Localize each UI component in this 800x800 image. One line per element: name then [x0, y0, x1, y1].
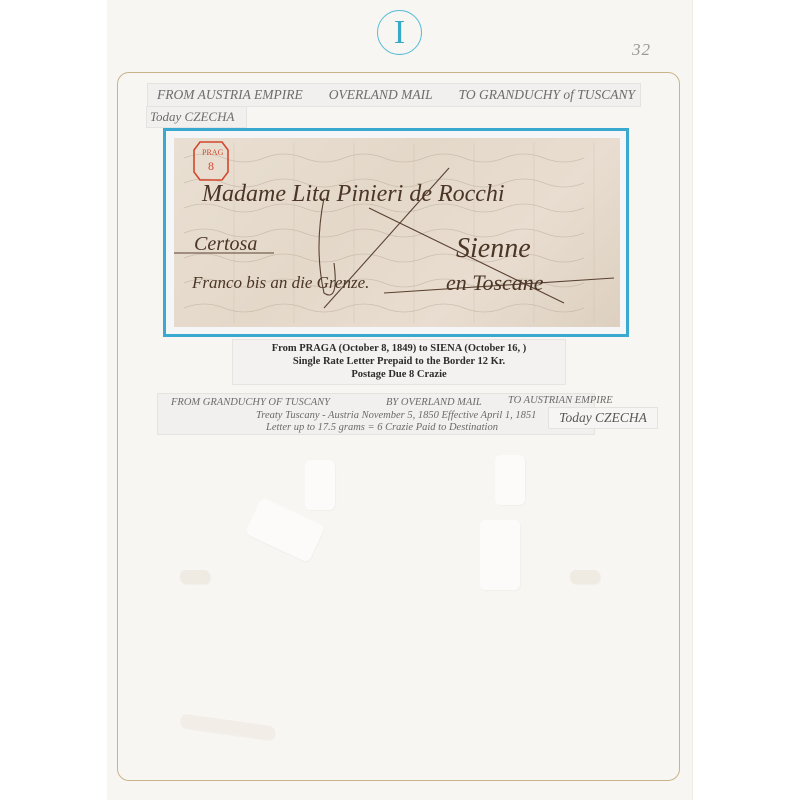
route-to: TO GRANDUCHY of TUSCANY: [459, 87, 635, 103]
treaty-label: FROM GRANDUCHY OF TUSCANY BY OVERLAND MA…: [158, 394, 594, 434]
hinge-mark: [180, 570, 210, 584]
route-from: FROM AUSTRIA EMPIRE: [157, 87, 303, 103]
page-number: 32: [632, 40, 651, 60]
caption-line-due: Postage Due 8 Crazie: [233, 368, 565, 381]
hinge-mark: [570, 570, 600, 584]
route-header-label: FROM AUSTRIA EMPIRE OVERLAND MAIL TO GRA…: [148, 84, 640, 106]
svg-text:PRAG: PRAG: [202, 148, 224, 157]
emboss-mark: [305, 460, 335, 510]
treaty-from: FROM GRANDUCHY OF TUSCANY: [171, 397, 330, 408]
emboss-mark: [480, 520, 520, 590]
address-franco-note: Franco bis an die Grenze.: [192, 273, 369, 293]
today-country-label-bottom: Today CZECHA: [549, 408, 657, 428]
treaty-text: Treaty Tuscany - Austria November 5, 185…: [256, 410, 536, 421]
treaty-to: TO AUSTRIAN EMPIRE: [508, 395, 613, 406]
cover-letter-image: PRAG 8 Madame Lita Pinieri de Rocchi Cer…: [174, 138, 620, 327]
emblem-letter: I: [394, 16, 405, 50]
caption-line-route: From PRAGA (October 8, 1849) to SIENA (O…: [233, 342, 565, 355]
caption-line-rate: Single Rate Letter Prepaid to the Border…: [233, 355, 565, 368]
address-region: en Toscane: [446, 270, 544, 296]
treaty-rate: Letter up to 17.5 grams = 6 Crazie Paid …: [266, 422, 498, 433]
emboss-mark: [495, 455, 525, 505]
route-mode: OVERLAND MAIL: [329, 87, 433, 103]
address-city: Sienne: [456, 233, 531, 265]
address-certosa: Certosa: [194, 233, 257, 256]
address-addressee: Madame Lita Pinieri de Rocchi: [202, 181, 505, 208]
treaty-route: BY OVERLAND MAIL: [386, 397, 482, 408]
svg-text:8: 8: [208, 159, 214, 173]
section-emblem: I: [377, 10, 422, 55]
today-country-label-top: Today CZECHA: [147, 107, 246, 127]
cover-description: From PRAGA (October 8, 1849) to SIENA (O…: [233, 340, 565, 384]
